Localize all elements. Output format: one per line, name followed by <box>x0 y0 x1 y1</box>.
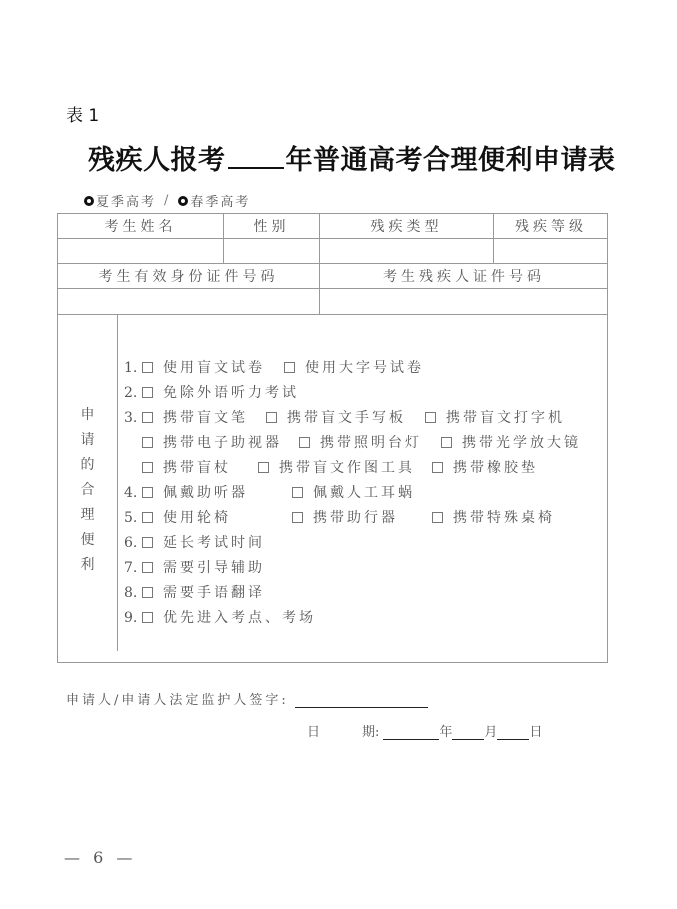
header-disability-type: 残疾类型 <box>320 214 494 239</box>
item-number: 4. <box>124 481 142 506</box>
exam-type-label-spring: 春季高考 <box>190 191 250 210</box>
list-item-6: 6. 延长考试时间 <box>124 531 581 556</box>
section-label-accommodations: 申 请 的 合 理 便 利 <box>58 315 118 651</box>
option-label: 携带特殊桌椅 <box>453 510 555 526</box>
month-label: 月 <box>484 721 497 740</box>
option-label: 携带助行器 <box>313 510 398 526</box>
year-label: 年 <box>439 721 452 740</box>
checkbox[interactable] <box>292 512 303 523</box>
list-item-7: 7. 需要引导辅助 <box>124 556 581 581</box>
item-number <box>124 456 142 481</box>
option-label: 携带盲文笔 <box>163 410 248 426</box>
checkbox[interactable] <box>284 362 295 373</box>
checkbox[interactable] <box>432 512 443 523</box>
checkbox[interactable] <box>142 412 153 423</box>
section-label-char: 申 <box>81 403 95 428</box>
checkbox[interactable] <box>142 362 153 373</box>
option-label: 佩戴助听器 <box>163 485 248 501</box>
year-blank-field[interactable] <box>228 145 284 169</box>
exam-type-label-summer: 夏季高考 <box>96 191 156 210</box>
application-form-table: 考生姓名 性别 残疾类型 残疾等级 考生有效身份证件号码 考生残疾人证件号码 申… <box>57 213 608 663</box>
section-label-char: 合 <box>81 478 95 503</box>
item-number: 7. <box>124 556 142 581</box>
header-name: 考生姓名 <box>58 214 224 239</box>
disability-level-field[interactable] <box>494 239 608 264</box>
option-label: 需要手语翻译 <box>163 585 265 601</box>
checkbox[interactable] <box>142 512 153 523</box>
option-label: 免除外语听力考试 <box>163 385 299 401</box>
signature-row: 申请人/申请人法定监护人签字: <box>66 689 428 708</box>
section-label-char: 便 <box>81 528 95 553</box>
list-item-4: 4. 佩戴助听器 佩戴人工耳蜗 <box>124 481 581 506</box>
checkbox[interactable] <box>266 412 277 423</box>
id-number-field[interactable] <box>58 289 320 315</box>
gender-field[interactable] <box>224 239 320 264</box>
list-item-3b: 携带电子助视器 携带照明台灯 携带光学放大镜 <box>124 431 581 456</box>
header-gender: 性别 <box>224 214 320 239</box>
item-number: 1. <box>124 356 142 381</box>
radio-spring-exam[interactable] <box>178 196 188 206</box>
option-label: 使用盲文试卷 <box>163 360 265 376</box>
checkbox[interactable] <box>142 537 153 548</box>
checkbox[interactable] <box>258 462 269 473</box>
disability-type-field[interactable] <box>320 239 494 264</box>
name-field[interactable] <box>58 239 224 264</box>
section-label-char: 理 <box>81 503 95 528</box>
option-label: 携带电子助视器 <box>163 435 282 451</box>
item-number: 6. <box>124 531 142 556</box>
table-label: 表 1 <box>66 101 99 126</box>
date-row: 日 期: 年 月 日 <box>307 721 542 740</box>
header-disability-level: 残疾等级 <box>494 214 608 239</box>
item-number: 5. <box>124 506 142 531</box>
checkbox[interactable] <box>425 412 436 423</box>
list-item-2: 2. 免除外语听力考试 <box>124 381 581 406</box>
header-id-number: 考生有效身份证件号码 <box>58 264 320 289</box>
option-label: 携带橡胶垫 <box>453 460 538 476</box>
checkbox[interactable] <box>142 562 153 573</box>
option-label: 携带盲文打字机 <box>446 410 565 426</box>
exam-type-selector: 夏季高考 / 春季高考 <box>84 191 250 210</box>
option-label: 携带盲文作图工具 <box>279 460 415 476</box>
year-field[interactable] <box>383 726 439 740</box>
checkbox[interactable] <box>142 462 153 473</box>
page-number: — 6 — <box>64 848 136 867</box>
checkbox[interactable] <box>142 487 153 498</box>
option-label: 携带照明台灯 <box>320 435 422 451</box>
list-item-3c: 携带盲杖 携带盲文作图工具 携带橡胶垫 <box>124 456 581 481</box>
option-label: 携带盲杖 <box>163 460 231 476</box>
list-item-5: 5. 使用轮椅 携带助行器 携带特殊桌椅 <box>124 506 581 531</box>
option-label: 携带光学放大镜 <box>462 435 581 451</box>
checkbox[interactable] <box>142 437 153 448</box>
option-label: 使用大字号试卷 <box>305 360 424 376</box>
date-label-2: 期: <box>362 721 379 740</box>
section-label-char: 请 <box>81 428 95 453</box>
day-field[interactable] <box>497 726 529 740</box>
title-prefix: 残疾人报考 <box>88 145 226 176</box>
section-label-char: 利 <box>81 553 95 578</box>
option-label: 延长考试时间 <box>163 535 265 551</box>
item-number: 8. <box>124 581 142 606</box>
exam-type-separator: / <box>164 193 170 208</box>
radio-summer-exam[interactable] <box>84 196 94 206</box>
accommodation-list: 1. 使用盲文试卷 使用大字号试卷 2. 免除外语听力考试 3. 携带盲文笔 携… <box>124 356 581 631</box>
checkbox[interactable] <box>299 437 310 448</box>
checkbox[interactable] <box>432 462 443 473</box>
month-field[interactable] <box>452 726 484 740</box>
list-item-9: 9. 优先进入考点、考场 <box>124 606 581 631</box>
item-number: 2. <box>124 381 142 406</box>
option-label: 携带盲文手写板 <box>287 410 406 426</box>
list-item-1: 1. 使用盲文试卷 使用大字号试卷 <box>124 356 581 381</box>
page-title: 残疾人报考年普通高考合理便利申请表 <box>88 138 616 177</box>
list-item-8: 8. 需要手语翻译 <box>124 581 581 606</box>
checkbox[interactable] <box>292 487 303 498</box>
checkbox[interactable] <box>142 387 153 398</box>
option-label: 使用轮椅 <box>163 510 231 526</box>
disability-cert-number-field[interactable] <box>320 289 608 315</box>
date-label-1: 日 <box>307 721 320 740</box>
checkbox[interactable] <box>142 612 153 623</box>
checkbox[interactable] <box>441 437 452 448</box>
title-suffix: 年普通高考合理便利申请表 <box>286 145 616 176</box>
item-number: 3. <box>124 406 142 431</box>
checkbox[interactable] <box>142 587 153 598</box>
option-label: 需要引导辅助 <box>163 560 265 576</box>
signature-field[interactable] <box>295 694 428 708</box>
item-number: 9. <box>124 606 142 631</box>
item-number <box>124 431 142 456</box>
header-disability-cert-number: 考生残疾人证件号码 <box>320 264 608 289</box>
list-item-3: 3. 携带盲文笔 携带盲文手写板 携带盲文打字机 <box>124 406 581 431</box>
option-label: 佩戴人工耳蜗 <box>313 485 415 501</box>
day-label: 日 <box>529 721 542 740</box>
section-label-char: 的 <box>81 453 95 478</box>
option-label: 优先进入考点、考场 <box>163 610 316 626</box>
signature-label: 申请人/申请人法定监护人签字: <box>66 689 289 708</box>
